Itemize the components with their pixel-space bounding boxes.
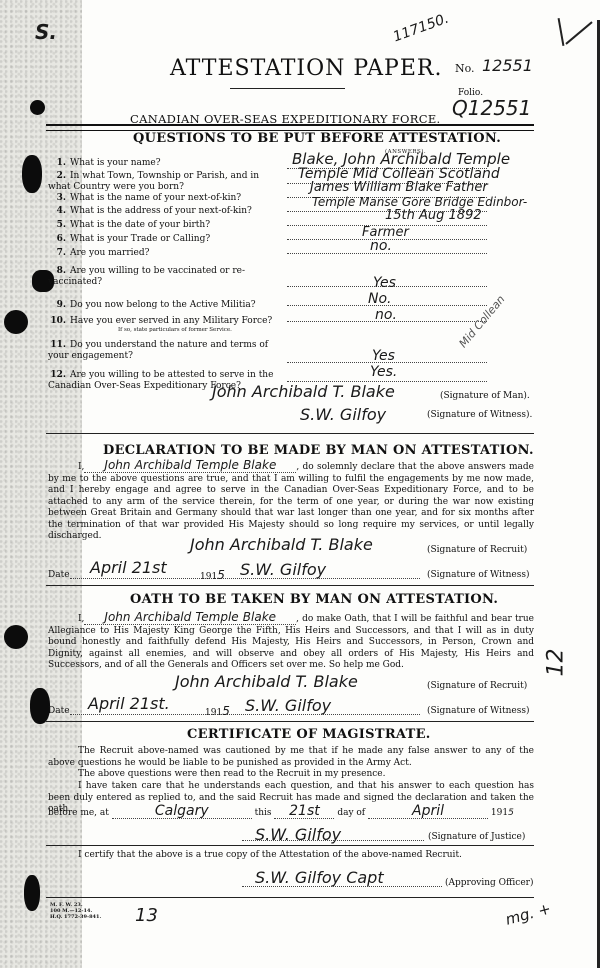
question-2: 2.In what Town, Township or Parish, and … <box>48 171 276 193</box>
certification-text: I certify that the above is a true copy … <box>78 850 462 862</box>
page-mark: 13 <box>135 905 158 926</box>
magistrate-place: Calgary <box>112 806 252 819</box>
declaration-date: April 21st <box>90 558 167 577</box>
signature-line <box>242 886 442 887</box>
section-rule <box>46 897 534 898</box>
punch-hole <box>30 100 45 115</box>
answer-militia: No. <box>368 291 392 307</box>
signature-line <box>242 840 424 841</box>
punch-hole <box>4 625 28 649</box>
question-9: 9.Do you now belong to the Active Militi… <box>48 300 276 311</box>
declaration-signature-witness-label: (Signature of Witness) <box>427 570 529 580</box>
signature-justice-label: (Signature of Justice) <box>428 832 525 842</box>
oath-name: John Archibald Temple Blake <box>84 610 296 625</box>
punch-hole <box>4 310 28 334</box>
answer-next-of-kin: James William Blake Father <box>310 180 488 195</box>
number-value: 12551 <box>482 56 533 75</box>
declaration-signature-witness: S.W. Gilfoy <box>240 560 326 579</box>
answer-married: no. <box>370 238 392 254</box>
oath-margin-annotation: 12 <box>544 649 569 677</box>
oath-year: 1915 <box>205 704 230 718</box>
magistrate-para-2: The above questions were then read to th… <box>48 769 534 781</box>
title-rule <box>230 88 345 89</box>
oath-text: I,John Archibald Temple Blake, do make O… <box>48 612 534 672</box>
signature-man-label: (Signature of Man). <box>440 391 530 401</box>
declaration-text: I,John Archibald Temple Blake, do solemn… <box>48 460 534 543</box>
question-4: 4.What is the address of your next-of-ki… <box>48 206 276 217</box>
punch-hole <box>30 688 50 724</box>
declaration-heading: DECLARATION TO BE MADE BY MAN ON ATTESTA… <box>103 443 534 458</box>
magistrate-day: 21st <box>274 806 334 819</box>
question-3: 3.What is the name of your next-of-kin? <box>48 193 276 204</box>
oath-signature-recruit: John Archibald T. Blake <box>175 672 358 691</box>
signature-man: John Archibald T. Blake <box>212 382 395 401</box>
question-11: 11.Do you understand the nature and term… <box>48 340 276 362</box>
declaration-name: John Archibald Temple Blake <box>84 458 296 473</box>
answer-vaccinated: Yes <box>373 275 396 291</box>
punch-hole <box>22 155 42 193</box>
folio-value: Q12551 <box>452 96 531 120</box>
answer-willing-to-serve: Yes. <box>370 364 397 380</box>
magistrate-para-1: The Recruit above-named was cautioned by… <box>48 746 534 769</box>
section-rule <box>46 721 534 722</box>
signature-officer-label: (Approving Officer) <box>445 878 533 888</box>
declaration-year: 1915 <box>200 568 225 582</box>
section-rule <box>46 845 534 846</box>
declaration-date-label: Date <box>48 570 70 580</box>
oath-date-label: Date <box>48 706 70 716</box>
answer-next-of-kin-address: Temple Manse Gore Bridge Edinbor- <box>312 195 527 209</box>
answer-birth-date: 15th Aug 1892 <box>385 208 482 223</box>
magistrate-heading: CERTIFICATE OF MAGISTRATE. <box>187 727 431 742</box>
number-label: No. <box>455 62 475 75</box>
oath-signature-recruit-label: (Signature of Recruit) <box>427 681 527 691</box>
questions-heading: QUESTIONS TO BE PUT BEFORE ATTESTATION. <box>133 131 501 146</box>
initials: mg. + <box>503 899 552 928</box>
question-1: 1.What is your name? <box>48 158 276 169</box>
oath-signature-witness-label: (Signature of Witness) <box>427 706 529 716</box>
oath-heading: OATH TO BE TAKEN BY MAN ON ATTESTATION. <box>130 592 498 607</box>
question-6: 6.What is your Trade or Calling? <box>48 234 276 245</box>
oath-signature-witness: S.W. Gilfoy <box>245 696 331 715</box>
signature-witness-label: (Signature of Witness). <box>427 410 532 420</box>
section-rule <box>46 585 534 586</box>
signature-officer: S.W. Gilfoy Capt <box>255 868 384 887</box>
question-8: 8.Are you willing to be vaccinated or re… <box>48 266 276 288</box>
section-rule <box>46 433 534 434</box>
question-10: 10.Have you ever served in any Military … <box>48 316 276 334</box>
signature-witness: S.W. Gilfoy <box>300 405 386 424</box>
declaration-signature-recruit-label: (Signature of Recruit) <box>427 545 527 555</box>
declaration-signature-recruit: John Archibald T. Blake <box>190 535 373 554</box>
question-7: 7.Are you married? <box>48 248 276 259</box>
header-rule <box>46 124 534 131</box>
check-mark <box>558 18 565 46</box>
signature-justice: S.W. Gilfoy <box>255 825 341 844</box>
document-title: ATTESTATION PAPER. <box>170 56 442 81</box>
punch-hole <box>24 875 40 911</box>
question-5: 5.What is the date of your birth? <box>48 220 276 231</box>
check-mark <box>565 21 592 44</box>
answer-military-force: no. <box>375 307 397 323</box>
top-annotation: 117150. <box>391 11 451 46</box>
magistrate-place-line: before me, at Calgary this 21st day of A… <box>48 806 534 820</box>
oath-date: April 21st. <box>88 694 170 713</box>
corner-mark: S. <box>35 20 57 44</box>
magistrate-month: April <box>368 806 488 819</box>
answer-understand: Yes <box>372 348 395 364</box>
form-code: M. F. W. 23. 100 M.—12-14. H.Q. 1772-39-… <box>50 902 101 920</box>
